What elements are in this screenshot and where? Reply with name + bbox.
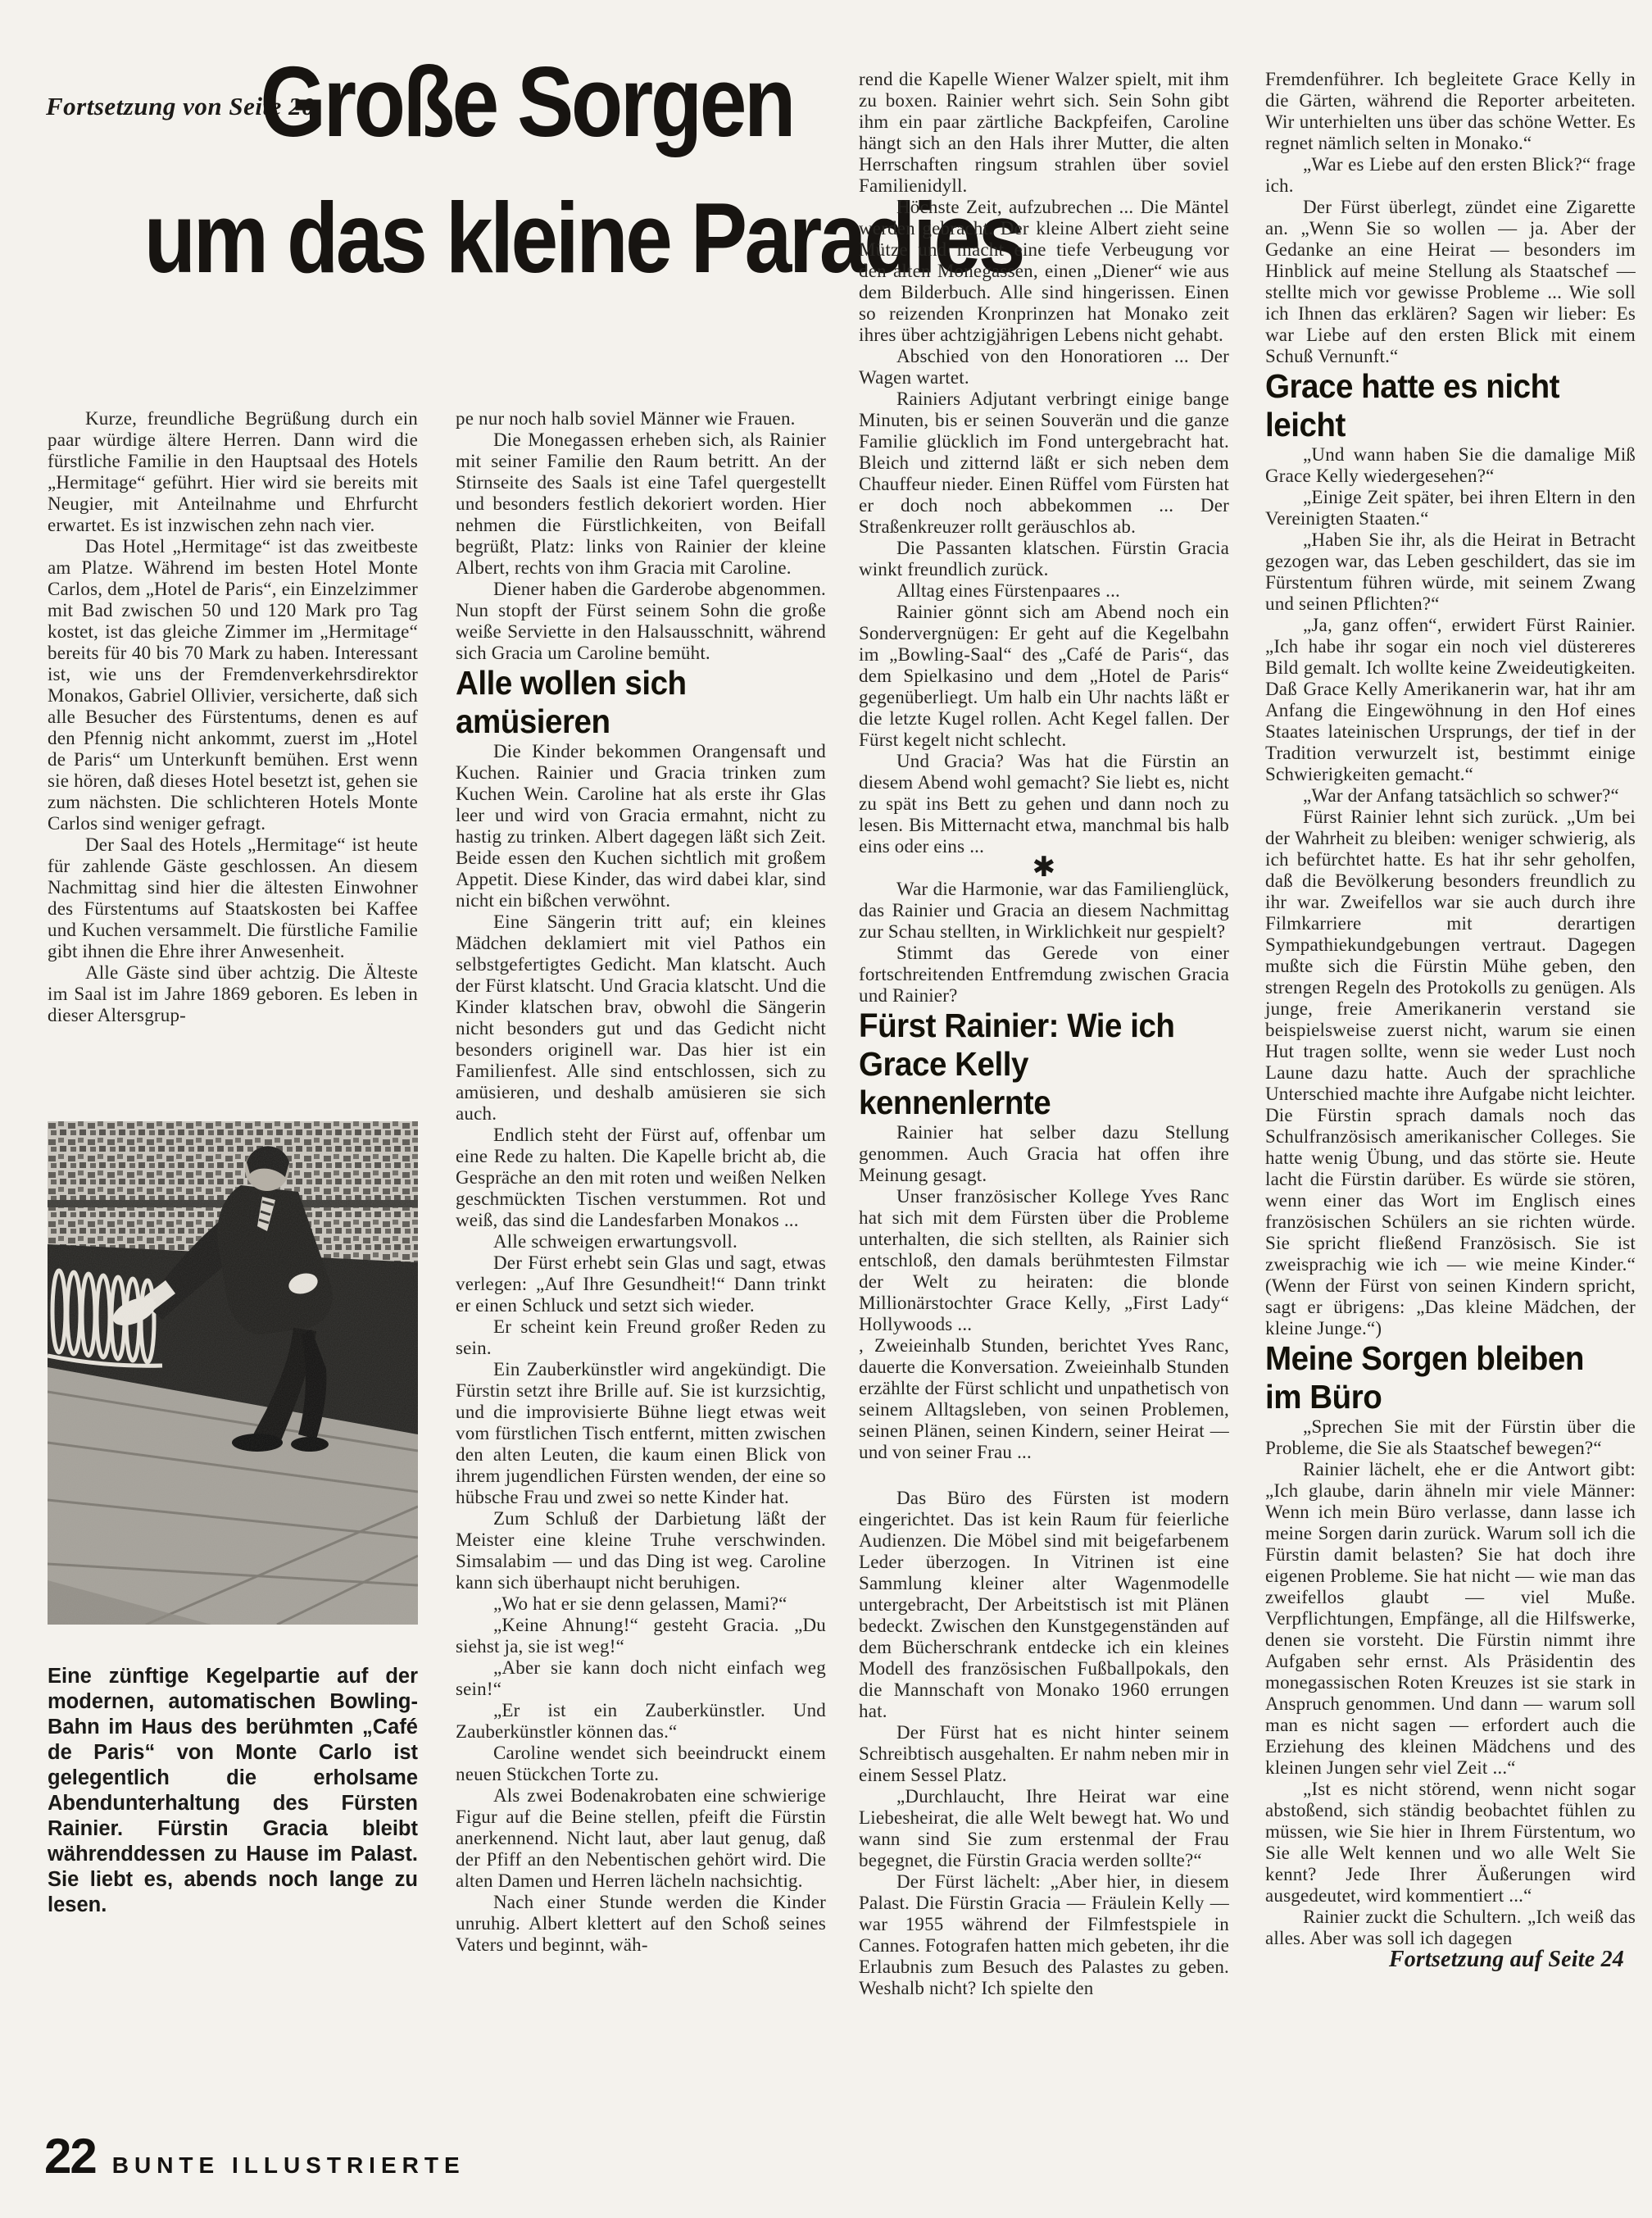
text-column-3: rend die Kapelle Wiener Walzer spielt, m… (859, 69, 1229, 1999)
paragraph: Als zwei Bodenakrobaten eine schwierige … (456, 1785, 826, 1892)
paragraph: Rainier gönnt sich am Abend noch ein Son… (859, 602, 1229, 751)
paragraph: Die Monegassen erheben sich, als Rainier… (456, 430, 826, 579)
paragraph: „Sprechen Sie mit der Fürstin über die P… (1265, 1416, 1636, 1459)
paragraph: Diener haben die Garderobe abgenommen. N… (456, 579, 826, 664)
paragraph: Fürst Rainier lehnt sich zurück. „Um bei… (1265, 807, 1636, 1339)
paragraph: , Zweieinhalb Stunden, berichtet Yves Ra… (859, 1335, 1229, 1463)
subheading-amuesieren: Alle wollen sich amüsieren (456, 664, 804, 741)
paragraph: Nach einer Stunde werden die Kinder unru… (456, 1892, 826, 1956)
page-number: 22 (44, 2128, 96, 2184)
paragraph: „War es Liebe auf den ersten Blick?“ fra… (1265, 154, 1636, 197)
subheading-grace: Grace hatte es nicht leicht (1265, 367, 1613, 444)
paragraph: Die Passanten klatschen. Fürstin Gracia … (859, 538, 1229, 580)
paragraph: „Einige Zeit später, bei ihren Eltern in… (1265, 487, 1636, 530)
page-headline: Große Sorgen um das kleine Paradies (29, 43, 793, 297)
paragraph: Zum Schluß der Darbietung läßt der Meist… (456, 1508, 826, 1593)
paragraph: Fremdenführer. Ich begleitete Grace Kell… (1265, 69, 1636, 154)
paragraph: Rainier lächelt, ehe er die Antwort gibt… (1265, 1459, 1636, 1779)
text-column-4: Fremdenführer. Ich begleitete Grace Kell… (1265, 69, 1636, 1970)
paragraph: Alle schweigen erwartungsvoll. (456, 1231, 826, 1252)
paragraph: Stimmt das Gerede von einer fortschreite… (859, 943, 1229, 1007)
paragraph: Der Fürst lächelt: „Aber hier, in diesem… (859, 1871, 1229, 1999)
bowling-photo (48, 1121, 418, 1625)
magazine-name: BUNTE ILLUSTRIERTE (112, 2152, 465, 2179)
paragraph: pe nur noch halb soviel Männer wie Fraue… (456, 408, 826, 430)
paragraph: Rainiers Adjutant verbringt einige bange… (859, 389, 1229, 538)
paragraph: „Haben Sie ihr, als die Heirat in Betrac… (1265, 530, 1636, 615)
paragraph: Er scheint kein Freund großer Reden zu s… (456, 1316, 826, 1359)
photo-caption: Eine zünftige Kegelpartie auf der modern… (48, 1664, 418, 1918)
paragraph: Unser französischer Kollege Yves Ranc ha… (859, 1186, 1229, 1335)
paragraph: „Ja, ganz offen“, erwidert Fürst Rainier… (1265, 615, 1636, 785)
paragraph: Rainier zuckt die Schultern. „Ich weiß d… (1265, 1907, 1636, 1949)
magazine-page: Fortsetzung von Seite 20 Große Sorgen um… (0, 0, 1652, 2218)
star-separator-icon: ✱ (859, 857, 1229, 879)
text-column-1: Kurze, freundliche Begrüßung durch ein p… (48, 408, 418, 1026)
continuation-footer: Fortsetzung auf Seite 24 (1265, 1949, 1636, 1970)
paragraph: Alltag eines Fürstenpaares ... (859, 580, 1229, 602)
paragraph: Das Büro des Fürsten ist modern eingeric… (859, 1488, 1229, 1722)
paragraph: War die Harmonie, war das Familienglück,… (859, 879, 1229, 943)
paragraph: rend die Kapelle Wiener Walzer spielt, m… (859, 69, 1229, 197)
paragraph: „Keine Ahnung!“ gesteht Gracia. „Du sieh… (456, 1615, 826, 1657)
paragraph: Kurze, freundliche Begrüßung durch ein p… (48, 408, 418, 536)
paragraph: Höchste Zeit, aufzubrechen ... Die Mänte… (859, 197, 1229, 346)
paragraph: „War der Anfang tatsächlich so schwer?“ (1265, 785, 1636, 807)
page-footer: 22 BUNTE ILLUSTRIERTE (44, 2128, 465, 2184)
subheading-kennenlernte: Fürst Rainier: Wie ich Grace Kelly kenne… (859, 1007, 1207, 1122)
headline-line-1: Große Sorgen (144, 43, 793, 161)
paragraph: Caroline wendet sich beeindruckt einem n… (456, 1743, 826, 1785)
paragraph: Rainier hat selber dazu Stellung genomme… (859, 1122, 1229, 1186)
paragraph: Der Fürst überlegt, zündet eine Zigarett… (1265, 197, 1636, 367)
paragraph: „Ist es nicht störend, wenn nicht sogar … (1265, 1779, 1636, 1907)
paragraph: Die Kinder bekommen Orangensaft und Kuch… (456, 741, 826, 911)
paragraph: Eine Sängerin tritt auf; ein kleines Mäd… (456, 911, 826, 1125)
paragraph: „Und wann haben Sie die damalige Miß Gra… (1265, 444, 1636, 487)
paragraph: Und Gracia? Was hat die Fürstin an diese… (859, 751, 1229, 857)
paragraph: „Aber sie kann doch nicht einfach weg se… (456, 1657, 826, 1700)
paragraph: Alle Gäste sind über achtzig. Die Ältest… (48, 962, 418, 1026)
paragraph: Der Fürst erhebt sein Glas und sagt, etw… (456, 1252, 826, 1316)
paragraph: Der Fürst hat es nicht hinter seinem Sch… (859, 1722, 1229, 1786)
paragraph: „Wo hat er sie denn gelassen, Mami?“ (456, 1593, 826, 1615)
text-column-2: pe nur noch halb soviel Männer wie Fraue… (456, 408, 826, 1956)
paragraph: „Durchlaucht, Ihre Heirat war eine Liebe… (859, 1786, 1229, 1871)
paragraph: Das Hotel „Hermitage“ ist das zweitbeste… (48, 536, 418, 834)
paragraph: Endlich steht der Fürst auf, offenbar um… (456, 1125, 826, 1231)
bowling-photo-illustration (48, 1121, 418, 1625)
headline-line-2: um das kleine Paradies (144, 179, 793, 297)
subheading-sorgen: Meine Sorgen bleiben im Büro (1265, 1339, 1613, 1416)
paragraph: Ein Zauberkünstler wird angekündigt. Die… (456, 1359, 826, 1508)
paragraph: „Er ist ein Zauberkünstler. Und Zauberkü… (456, 1700, 826, 1743)
paragraph: Der Saal des Hotels „Hermitage“ ist heut… (48, 834, 418, 962)
paragraph: Abschied von den Honoratioren ... Der Wa… (859, 346, 1229, 389)
